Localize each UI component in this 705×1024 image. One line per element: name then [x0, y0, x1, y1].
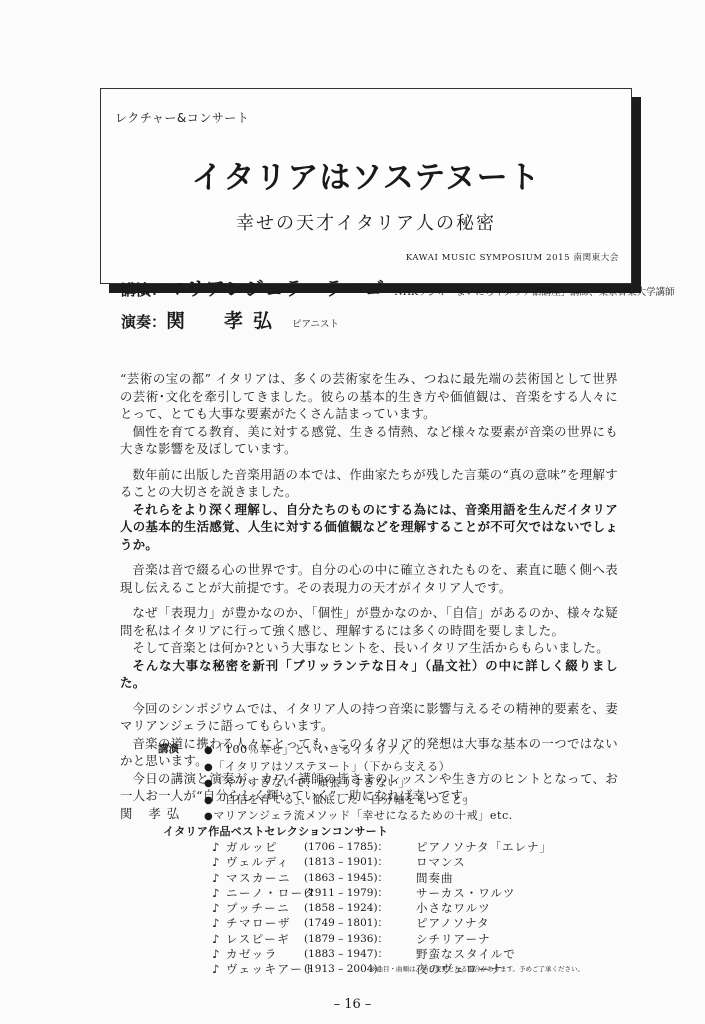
- program-row: ♪ ヴェルディ(1813 – 1901)：ロマンス: [212, 855, 552, 870]
- years: (1883 – 1947)：: [304, 947, 416, 962]
- page-number: – 16 –: [0, 997, 705, 1012]
- paragraph: 個性を育てる教育、美に対する感覚、生きる情熱、など様々な要素が音楽の世界にも大き…: [120, 423, 618, 458]
- piece: ロマンス: [416, 855, 466, 870]
- paragraph: なぜ「表現力」が豊かなのか、「個性」が豊かなのか、「自信」があるのか、様々な疑問…: [120, 604, 618, 639]
- title-box: レクチャー&コンサート イタリアはソステヌート 幸せの天才イタリア人の秘密 KA…: [100, 88, 632, 284]
- years: (1879 – 1936)：: [304, 932, 416, 947]
- page-title: イタリアはソステヌート: [101, 152, 631, 197]
- paragraph-emphasis: それらをより深く理解し、自分たちのものにする為には、音楽用語を生んだイタリア人の…: [120, 501, 618, 554]
- lecture-label: 講演: [158, 742, 204, 825]
- paragraph: 音楽は音で綴る心の世界です。自分の心の中に確立されたものを、素直に聴く側へ表現し…: [120, 561, 618, 596]
- paragraph-emphasis: そんな大事な秘密を新刊「ブリッランテな日々」（晶文社）の中に詳しく綴りました。: [120, 657, 618, 692]
- paragraph: 今回のシンポジウムでは、イタリア人の持つ音楽に影響与えるその精神的要素を、妻マリ…: [120, 700, 618, 735]
- program-row: ♪ ニーノ・ロータ(1911 – 1979)：サーカス・ワルツ: [212, 886, 552, 901]
- years: (1858 – 1924)：: [304, 901, 416, 916]
- composer: ♪ ヴェルディ: [212, 855, 304, 870]
- program-row: ♪ カゼッラ(1883 – 1947)：野蛮なスタイルで: [212, 947, 552, 962]
- composer: ♪ ニーノ・ロータ: [212, 886, 304, 901]
- composer: ♪ マスカーニ: [212, 871, 304, 886]
- program-note: ※曲目・曲順は、当日変更となる場合があります。予めご了承ください。: [370, 964, 584, 973]
- program-row: ♪ レスピーギ(1879 – 1936)：シチリアーナ: [212, 932, 552, 947]
- page-subtitle: 幸せの天才イタリア人の秘密: [101, 209, 631, 235]
- piece: 間奏曲: [416, 871, 454, 886]
- composer: ♪ チマローザ: [212, 916, 304, 931]
- piece: 野蛮なスタイルで: [416, 947, 516, 962]
- event-name: KAWAI MUSIC SYMPOSIUM 2015 南関東大会: [406, 251, 619, 263]
- piece: 小さなワルツ: [416, 901, 491, 916]
- piece: サーカス・ワルツ: [416, 886, 515, 901]
- concert-title: イタリア作品ベストセレクションコンサート: [163, 823, 388, 839]
- years: (1911 – 1979)：: [304, 886, 416, 901]
- composer: ♪ ヴェッキアート: [212, 962, 304, 977]
- paragraph: “芸術の宝の都” イタリアは、多くの芸術家を生み、つねに最先端の芸術国として世界…: [120, 370, 618, 423]
- category-label: レクチャー&コンサート: [115, 109, 249, 126]
- paragraph: 数年前に出版した音楽用語の本では、作曲家たちが残した言葉の“真の意味”を理解する…: [120, 466, 618, 501]
- performer-credit: 演奏： 関 孝弘 ピアニスト: [121, 306, 675, 338]
- years: (1863 – 1945)：: [304, 871, 416, 886]
- lecturer-description: NHKラジオ「まいにちイタリア語講座」講師、東京音楽大学講師: [394, 284, 674, 298]
- lecturer-credit: 講演： マリアンジェラ・ラーゴ NHKラジオ「まいにちイタリア語講座」講師、東京…: [121, 274, 675, 306]
- performer-name: 関 孝弘: [166, 306, 282, 333]
- lecturer-role: 講演：: [121, 279, 166, 300]
- lecture-section: 講演 「100％幸せ」といいきるイタリア人 「イタリアはソステヌート」（下から支…: [158, 742, 513, 825]
- composer: ♪ カゼッラ: [212, 947, 304, 962]
- paragraph: そして音楽とは何か?という大事なヒントを、長いイタリア生活からもらいました。: [120, 639, 618, 657]
- piece: シチリアーナ: [416, 932, 491, 947]
- years: (1749 – 1801)：: [304, 916, 416, 931]
- performer-role: 演奏：: [121, 311, 166, 332]
- list-item: 「イタリアはソステヌート」（下から支える）: [204, 759, 513, 776]
- lecture-topics: 「100％幸せ」といいきるイタリア人 「イタリアはソステヌート」（下から支える）…: [204, 742, 513, 825]
- years: (1706 – 1785)：: [304, 840, 416, 855]
- list-item: 「100％幸せ」といいきるイタリア人: [204, 742, 513, 759]
- program-row: ♪ マスカーニ(1863 – 1945)：間奏曲: [212, 871, 552, 886]
- piece: ピアノソナタ: [416, 916, 490, 931]
- lecturer-name: マリアンジェラ・ラーゴ: [166, 274, 384, 301]
- program-row: ♪ プッチーニ(1858 – 1924)：小さなワルツ: [212, 901, 552, 916]
- credits: 講演： マリアンジェラ・ラーゴ NHKラジオ「まいにちイタリア語講座」講師、東京…: [121, 274, 675, 338]
- list-item: 「やりすぎないで、頑張りすぎない」: [204, 775, 513, 792]
- program-row: ♪ ガルッピ(1706 – 1785)：ピアノソナタ「エレナ」: [212, 840, 552, 855]
- years: (1813 – 1901)：: [304, 855, 416, 870]
- performer-description: ピアニスト: [292, 316, 339, 330]
- piece: ピアノソナタ「エレナ」: [416, 840, 552, 855]
- composer: ♪ レスピーギ: [212, 932, 304, 947]
- list-item: 「自信を育てる」、徹底した「自分軸をもつこと」: [204, 792, 513, 809]
- program-row: ♪ チマローザ(1749 – 1801)：ピアノソナタ: [212, 916, 552, 931]
- composer: ♪ プッチーニ: [212, 901, 304, 916]
- concert-program: ♪ ガルッピ(1706 – 1785)：ピアノソナタ「エレナ」 ♪ ヴェルディ(…: [212, 840, 552, 978]
- composer: ♪ ガルッピ: [212, 840, 304, 855]
